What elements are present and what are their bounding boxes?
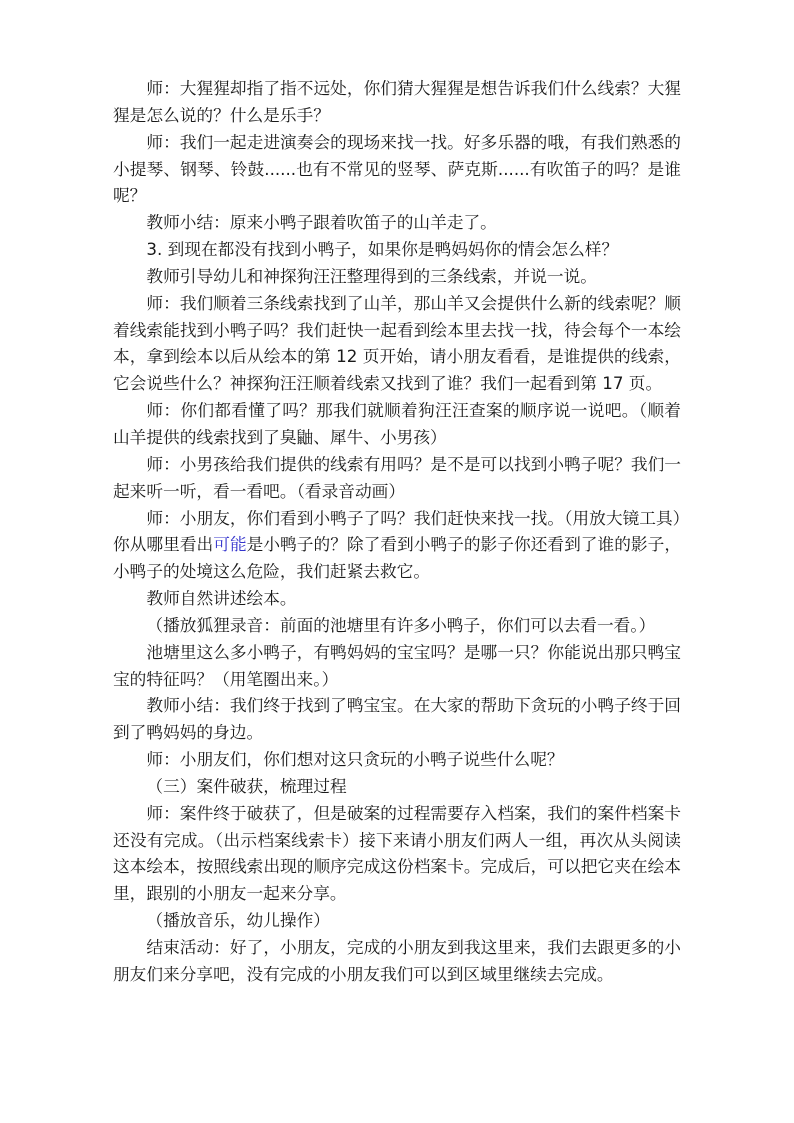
text-run: 池塘里这么多小鸭子，有鸭妈妈的宝宝吗？是哪一只？你能说出那只鸭宝宝的特征吗？（用… xyxy=(113,642,681,689)
text-run: 师：我们顺着三条线索找到了山羊，那山羊又会提供什么新的线索呢？顺着线索能找到小鸭… xyxy=(113,293,681,394)
paragraph: 教师小结：我们终于找到了鸭宝宝。在大家的帮助下贪玩的小鸭子终于回到了鸭妈妈的身边… xyxy=(113,692,681,746)
text-run: （播放狐狸录音：前面的池塘里有许多小鸭子，你们可以去看一看。） xyxy=(146,615,655,635)
paragraph: 师：你们都看懂了吗？那我们就顺着狗汪汪查案的顺序说一说吧。（顺着山羊提供的线索找… xyxy=(113,397,681,451)
text-run: （三）案件破获，梳理过程 xyxy=(146,776,346,796)
text-run: 教师小结：我们终于找到了鸭宝宝。在大家的帮助下贪玩的小鸭子终于回到了鸭妈妈的身边… xyxy=(113,695,681,742)
text-run: 师：大猩猩却指了指不远处，你们猜大猩猩是想告诉我们什么线索？大猩猩是怎么说的？什… xyxy=(113,78,681,125)
text-run: 结束活动：好了，小朋友，完成的小朋友到我这里来，我们去跟更多的小朋友们来分享吧，… xyxy=(113,937,681,984)
text-run: 师：案件终于破获了，但是破案的过程需要存入档案，我们的案件档案卡还没有完成。（出… xyxy=(113,803,681,904)
paragraph: 师：小朋友，你们看到小鸭子了吗？我们赶快来找一找。（用放大镜工具）你从哪里看出可… xyxy=(113,505,681,586)
highlighted-text: 可能 xyxy=(213,534,246,554)
text-run: 教师引导幼儿和神探狗汪汪整理得到的三条线索，并说一说。 xyxy=(146,266,597,286)
document-body: 师：大猩猩却指了指不远处，你们猜大猩猩是想告诉我们什么线索？大猩猩是怎么说的？什… xyxy=(113,75,681,988)
document-page: 师：大猩猩却指了指不远处，你们猜大猩猩是想告诉我们什么线索？大猩猩是怎么说的？什… xyxy=(0,0,794,1123)
paragraph: 教师小结：原来小鸭子跟着吹笛子的山羊走了。 xyxy=(113,209,681,236)
text-run: （播放音乐，幼儿操作） xyxy=(146,910,330,930)
text-run: 教师小结：原来小鸭子跟着吹笛子的山羊走了。 xyxy=(146,212,496,232)
paragraph: 师：小男孩给我们提供的线索有用吗？是不是可以找到小鸭子呢？我们一起来听一听，看一… xyxy=(113,451,681,505)
paragraph: 教师自然讲述绘本。 xyxy=(113,585,681,612)
paragraph: 池塘里这么多小鸭子，有鸭妈妈的宝宝吗？是哪一只？你能说出那只鸭宝宝的特征吗？（用… xyxy=(113,639,681,693)
text-run: 师：小朋友们，你们想对这只贪玩的小鸭子说些什么呢？ xyxy=(146,749,563,769)
text-run: 教师自然讲述绘本。 xyxy=(146,588,296,608)
paragraph: 师：大猩猩却指了指不远处，你们猜大猩猩是想告诉我们什么线索？大猩猩是怎么说的？什… xyxy=(113,75,681,129)
text-run: 师：小男孩给我们提供的线索有用吗？是不是可以找到小鸭子呢？我们一起来听一听，看一… xyxy=(113,454,681,501)
text-run: 师：我们一起走进演奏会的现场来找一找。好多乐器的哦，有我们熟悉的小提琴、钢琴、铃… xyxy=(113,132,681,206)
paragraph: （播放音乐，幼儿操作） xyxy=(113,907,681,934)
paragraph: 教师引导幼儿和神探狗汪汪整理得到的三条线索，并说一说。 xyxy=(113,263,681,290)
paragraph: 师：小朋友们，你们想对这只贪玩的小鸭子说些什么呢？ xyxy=(113,746,681,773)
paragraph: （播放狐狸录音：前面的池塘里有许多小鸭子，你们可以去看一看。） xyxy=(113,612,681,639)
paragraph: 结束活动：好了，小朋友，完成的小朋友到我这里来，我们去跟更多的小朋友们来分享吧，… xyxy=(113,934,681,988)
paragraph: （三）案件破获，梳理过程 xyxy=(113,773,681,800)
text-run: 师：你们都看懂了吗？那我们就顺着狗汪汪查案的顺序说一说吧。（顺着山羊提供的线索找… xyxy=(113,400,681,447)
paragraph: 师：我们一起走进演奏会的现场来找一找。好多乐器的哦，有我们熟悉的小提琴、钢琴、铃… xyxy=(113,129,681,210)
paragraph: 师：案件终于破获了，但是破案的过程需要存入档案，我们的案件档案卡还没有完成。（出… xyxy=(113,800,681,907)
paragraph: 3. 到现在都没有找到小鸭子，如果你是鸭妈妈你的情会怎么样？ xyxy=(113,236,681,263)
text-run: 3. 到现在都没有找到小鸭子，如果你是鸭妈妈你的情会怎么样？ xyxy=(146,239,618,259)
paragraph: 师：我们顺着三条线索找到了山羊，那山羊又会提供什么新的线索呢？顺着线索能找到小鸭… xyxy=(113,290,681,397)
